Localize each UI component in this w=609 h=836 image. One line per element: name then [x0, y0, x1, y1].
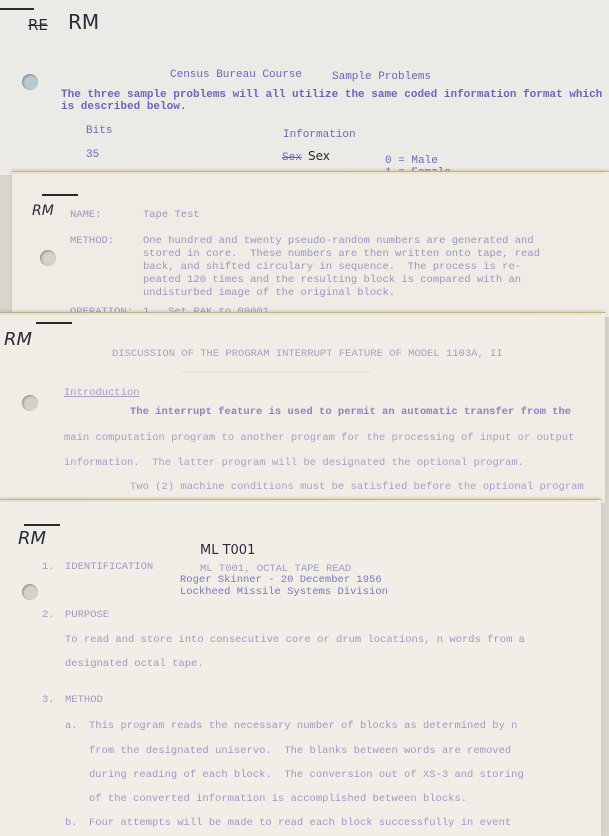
pen-mark [42, 194, 78, 196]
paragraph-line: The interrupt feature is used to permit … [130, 407, 571, 418]
organization: Lockheed Missile Systems Division [180, 587, 388, 598]
list-marker: b. [65, 818, 78, 829]
page-program-interrupt: RM DISCUSSION OF THE PROGRAM INTERRUPT F… [0, 313, 605, 503]
page-edge [0, 500, 597, 502]
punch-hole [22, 395, 38, 411]
document-title: Sample Problems [332, 72, 431, 83]
method-line: of the converted information is accompli… [89, 794, 467, 805]
punch-hole [40, 250, 56, 266]
author-date: Roger Skinner - 20 December 1956 [180, 575, 382, 586]
handwritten-initials: RM [32, 204, 54, 218]
page-edge [12, 172, 605, 174]
name-label: NAME: [70, 210, 102, 221]
handwritten-initials: RM [68, 12, 99, 32]
section-number: 1. [42, 562, 55, 573]
section-number: 2. [42, 610, 55, 621]
purpose-line: To read and store into consecutive core … [65, 635, 525, 646]
page-octal-tape-read: RM ML T001 1. IDENTIFICATION ML T001, OC… [0, 500, 601, 836]
method-label: METHOD: [70, 236, 114, 247]
method-line: peated 120 times and the resulting block… [143, 275, 521, 286]
handwritten-initials: RM [4, 331, 32, 349]
section-number: 3. [42, 695, 55, 706]
method-line: undisturbed image of the original block. [143, 288, 395, 299]
column-header-bits: Bits [86, 126, 112, 137]
paragraph-line: main computation program to another prog… [64, 433, 574, 444]
course-title: Census Bureau Course [170, 70, 302, 81]
pen-mark [36, 322, 72, 324]
column-header-information: Information [283, 130, 356, 141]
method-line: One hundred and twenty pseudo-random num… [143, 236, 534, 247]
program-id: ML T001, OCTAL TAPE READ [200, 564, 351, 575]
paragraph-line: Two (2) machine conditions must be satis… [130, 482, 584, 493]
section-label-purpose: PURPOSE [65, 610, 109, 621]
section-label-identification: IDENTIFICATION [65, 562, 153, 573]
pen-mark [0, 8, 34, 10]
handwritten-initials-struck: RE [28, 18, 48, 33]
method-line: during reading of each block. The conver… [89, 770, 524, 781]
section-heading: Introduction [64, 388, 140, 399]
page-census-sample-problems: RE RM Census Bureau Course Sample Proble… [0, 0, 609, 175]
method-line: back, and shifted circulary in sequence.… [143, 262, 521, 273]
method-line: This program reads the necessary number … [89, 721, 517, 732]
punch-hole [22, 584, 38, 600]
method-line: from the designated uniservo. The blanks… [89, 746, 511, 757]
pen-mark [24, 524, 60, 526]
intro-line-1: The three sample problems will all utili… [61, 90, 602, 101]
intro-line-2: is described below. [61, 102, 186, 113]
method-line: Four attempts will be made to read each … [89, 818, 511, 829]
purpose-line: designated octal tape. [65, 659, 204, 670]
name-value: Tape Test [143, 210, 200, 221]
paragraph-line: information. The latter program will be … [64, 458, 524, 469]
page-tape-test: RM NAME: Tape Test METHOD: One hundred a… [12, 172, 609, 317]
bleed-through-text: ──────────────────────────────── [180, 369, 372, 379]
punch-hole [22, 74, 38, 90]
bits-value: 35 [86, 150, 99, 161]
handwritten-id: ML T001 [200, 544, 255, 557]
document-title: DISCUSSION OF THE PROGRAM INTERRUPT FEAT… [112, 349, 503, 360]
field-name-handwritten: Sex [308, 150, 330, 162]
code-male: 0 = Male [385, 156, 438, 167]
method-line: stored in core. These numbers are then w… [143, 249, 540, 260]
list-marker: a. [65, 721, 78, 732]
page-edge [0, 313, 601, 315]
handwritten-initials: RM [18, 530, 46, 548]
section-label-method: METHOD [65, 695, 103, 706]
field-name-struck: Sex [282, 153, 302, 164]
